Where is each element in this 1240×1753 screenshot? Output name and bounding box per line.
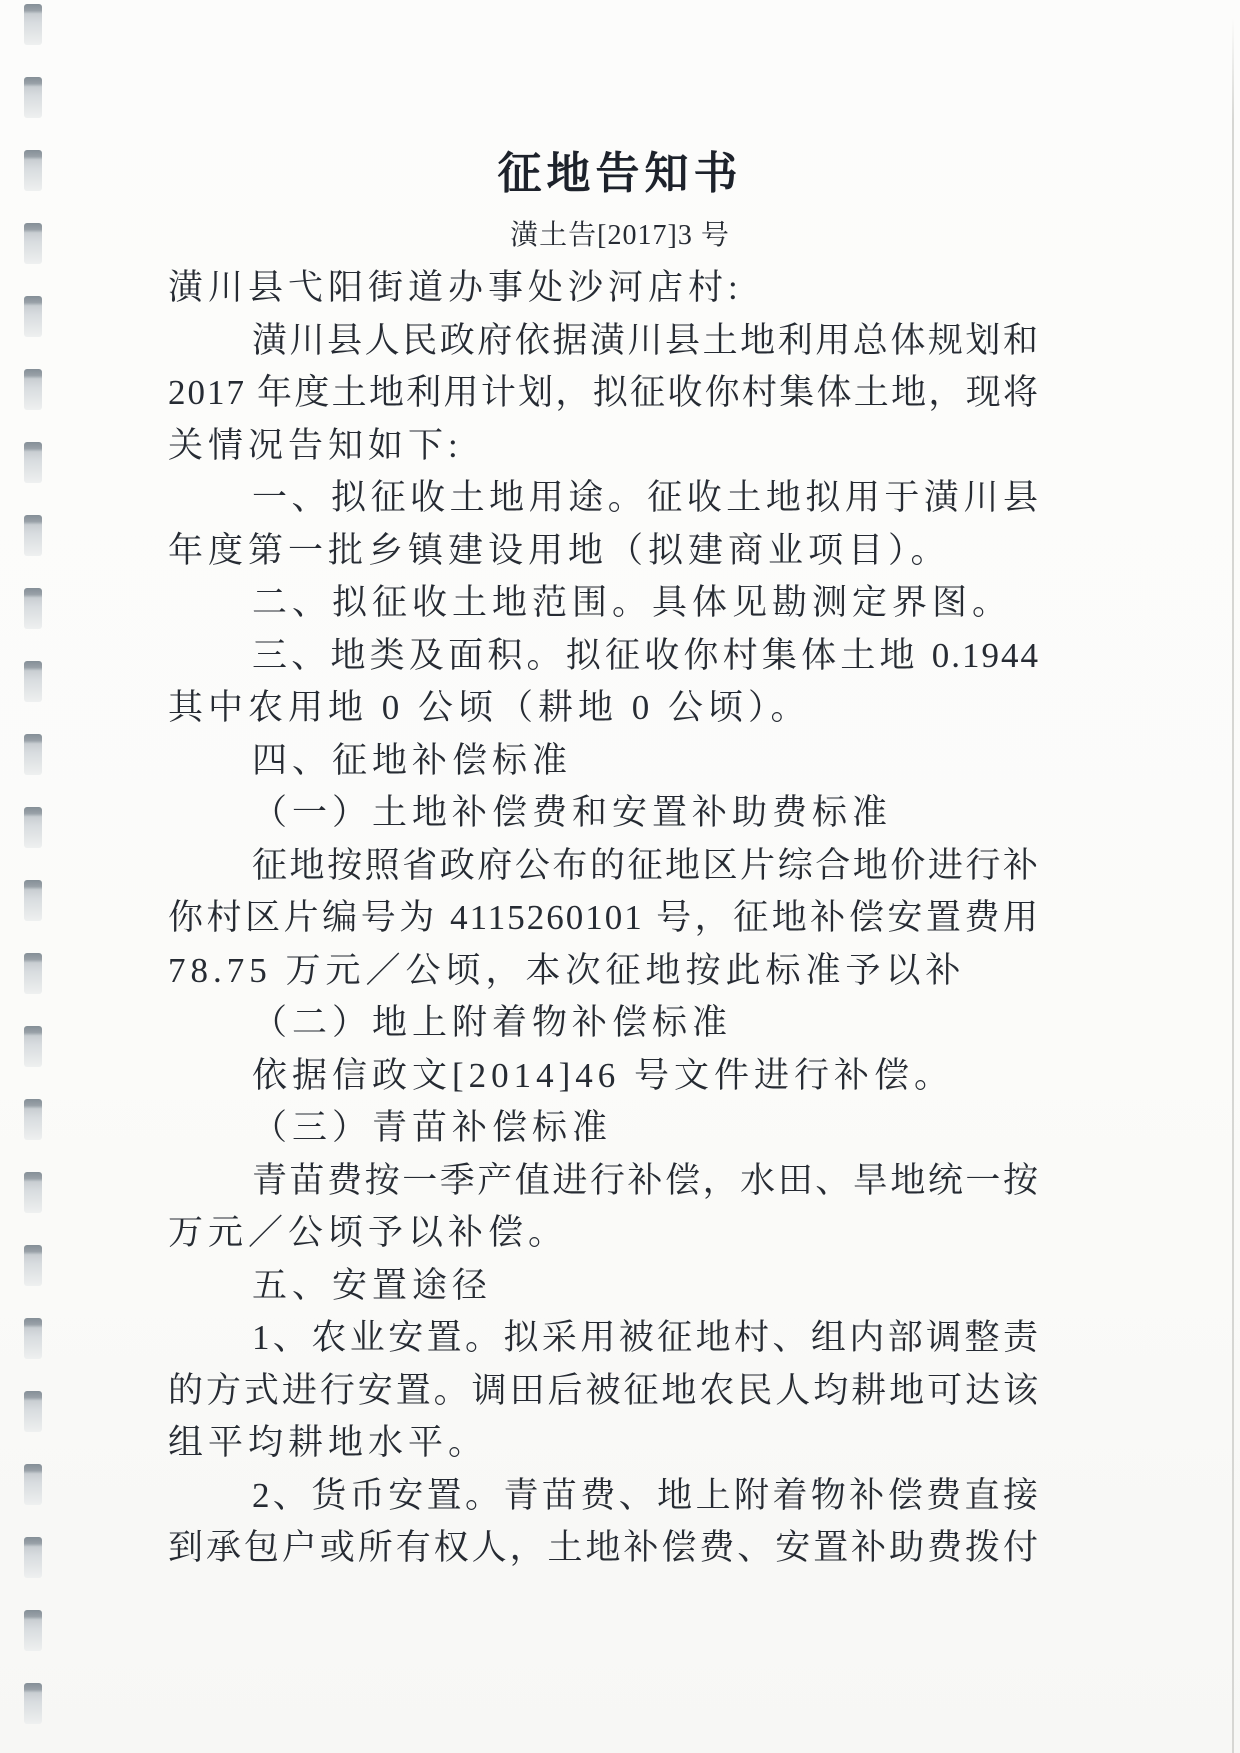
body-line: 五、安置途径 <box>168 1260 1040 1313</box>
body-line: 四、征地补偿标准 <box>168 735 1040 788</box>
binding-hole <box>24 1683 42 1724</box>
binding-hole <box>24 734 42 775</box>
binding-hole <box>24 223 42 264</box>
body-line: 78.75 万元／公顷，本次征地按此标准予以补偿。 <box>168 945 1040 998</box>
binding-hole <box>24 1464 42 1505</box>
body-line: 青苗费按一季产值进行补偿，水田、旱地统一按 1.5 <box>168 1155 1040 1208</box>
body-line: 依据信政文[2014]46 号文件进行补偿。 <box>168 1050 1040 1103</box>
body-line: 你村区片编号为 4115260101 号，征地补偿安置费用标准 <box>168 892 1040 945</box>
binding-hole <box>24 1318 42 1359</box>
binding-hole <box>24 1099 42 1140</box>
binding-hole <box>24 807 42 848</box>
body-line: 1、农业安置。拟采用被征地村、组内部调整责任田 <box>168 1312 1040 1365</box>
body-line: 潢川县人民政府依据潢川县土地利用总体规划和 <box>168 315 1040 368</box>
body-line: 征地按照省政府公布的征地区片综合地价进行补偿， <box>168 840 1040 893</box>
binding-holes-column <box>0 0 70 1753</box>
body-line: 组平均耕地水平。 <box>168 1417 1040 1470</box>
body-line: 一、拟征收土地用途。征收土地拟用于潢川县 2017 <box>168 472 1040 525</box>
body-line: 其中农用地 0 公顷（耕地 0 公顷）。 <box>168 682 1040 735</box>
binding-hole <box>24 953 42 994</box>
body-line: 2017 年度土地利用计划，拟征收你村集体土地，现将有 <box>168 367 1040 420</box>
binding-hole <box>24 77 42 118</box>
binding-hole <box>24 150 42 191</box>
document-title: 征地告知书 <box>0 148 1240 200</box>
body-line: （一）土地补偿费和安置补助费标准 <box>168 787 1040 840</box>
binding-hole <box>24 1391 42 1432</box>
binding-hole <box>24 442 42 483</box>
binding-hole <box>24 588 42 629</box>
binding-hole <box>24 1610 42 1651</box>
doc-number: 潢土告[2017]3 号 <box>0 216 1240 256</box>
binding-hole <box>24 515 42 556</box>
body-line: 的方式进行安置。调田后被征地农民人均耕地可达该村民 <box>168 1365 1040 1418</box>
body-line: 年度第一批乡镇建设用地（拟建商业项目）。 <box>168 525 1040 578</box>
binding-hole <box>24 661 42 702</box>
document-header: 征地告知书 潢土告[2017]3 号 <box>0 0 1240 256</box>
body-line: 到承包户或所有权人，土地补偿费、安置补助费拨付你村 <box>168 1522 1040 1575</box>
binding-hole <box>24 369 42 410</box>
page-edge-line <box>1232 18 1234 1753</box>
document-body: 潢川县弋阳街道办事处沙河店村: 潢川县人民政府依据潢川县土地利用总体规划和 20… <box>168 262 1040 1575</box>
binding-hole <box>24 880 42 921</box>
binding-hole <box>24 296 42 337</box>
binding-hole <box>24 1537 42 1578</box>
body-line: 2、货币安置。青苗费、地上附着物补偿费直接支付 <box>168 1470 1040 1523</box>
body-line: 二、拟征收土地范围。具体见勘测定界图。 <box>168 577 1040 630</box>
addressee-line: 潢川县弋阳街道办事处沙河店村: <box>168 262 1040 315</box>
body-line: （三）青苗补偿标准 <box>168 1102 1040 1155</box>
binding-hole <box>24 1026 42 1067</box>
binding-hole <box>24 4 42 45</box>
body-line: 三、地类及面积。拟征收你村集体土地 0.1944 公顷， <box>168 630 1040 683</box>
body-line: （二）地上附着物补偿标准 <box>168 997 1040 1050</box>
binding-hole <box>24 1172 42 1213</box>
document-page: 征地告知书 潢土告[2017]3 号 潢川县弋阳街道办事处沙河店村: 潢川县人民… <box>0 0 1240 1753</box>
binding-hole <box>24 1245 42 1286</box>
body-line: 关情况告知如下: <box>168 420 1040 473</box>
body-line: 万元／公顷予以补偿。 <box>168 1207 1040 1260</box>
